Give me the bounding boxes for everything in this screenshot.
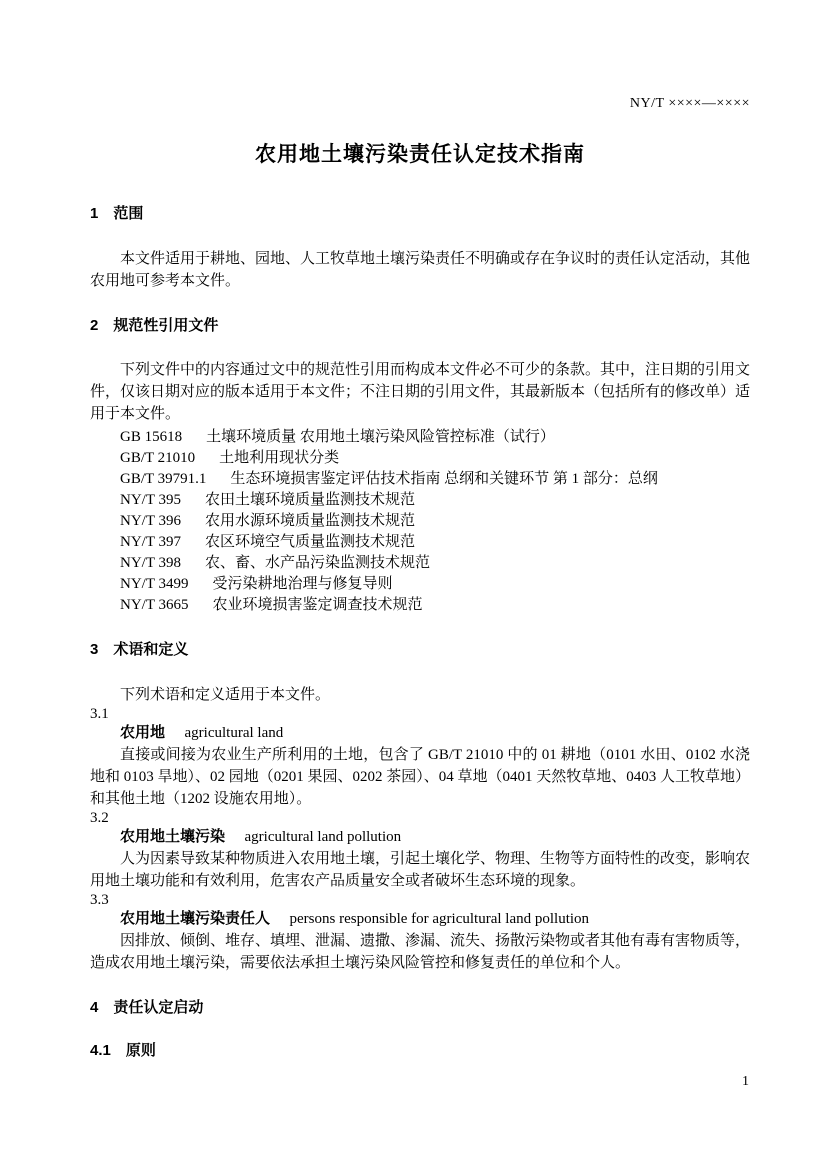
term-number: 3.2 [90, 810, 750, 826]
reference-code: NY/T 396 [120, 513, 181, 529]
document-title: 农用地土壤污染责任认定技术指南 [90, 140, 750, 170]
reference-title: 土地利用现状分类 [219, 450, 339, 466]
section-3-intro: 下列术语和定义适用于本文件。 [90, 684, 750, 706]
reference-title: 农、畜、水产品污染监测技术规范 [205, 555, 430, 571]
reference-code: NY/T 397 [120, 534, 181, 550]
reference-item: GB/T 39791.1生态环境损害鉴定评估技术指南 总纲和关键环节 第 1 部… [90, 469, 750, 490]
document-page: NY/T ××××—×××× 农用地土壤污染责任认定技术指南 1 范围 本文件适… [0, 0, 827, 1169]
reference-title: 土壤环境质量 农用地土壤污染风险管控标准（试行） [206, 429, 555, 445]
term-line: 农用地土壤污染责任人persons responsible for agricu… [90, 908, 750, 930]
section-4-heading: 4 责任认定启动 [90, 997, 750, 1019]
reference-code: NY/T 398 [120, 555, 181, 571]
reference-item: NY/T 398农、畜、水产品污染监测技术规范 [90, 553, 750, 574]
reference-code: NY/T 3665 [120, 597, 188, 613]
term-name-en: persons responsible for agricultural lan… [290, 911, 590, 927]
reference-title: 农区环境空气质量监测技术规范 [205, 534, 415, 550]
section-1-heading: 1 范围 [90, 203, 750, 225]
page-number: 1 [742, 1072, 749, 1092]
reference-item: NY/T 395农田土壤环境质量监测技术规范 [90, 490, 750, 511]
reference-item: NY/T 3665农业环境损害鉴定调查技术规范 [90, 595, 750, 616]
term-block-3-3: 3.3 农用地土壤污染责任人persons responsible for ag… [90, 892, 750, 974]
term-block-3-1: 3.1 农用地agricultural land 直接或间接为农业生产所利用的土… [90, 706, 750, 810]
term-name-en: agricultural land pollution [245, 829, 402, 845]
standard-code: NY/T ××××—×××× [90, 94, 750, 114]
section-1-paragraph: 本文件适用于耕地、园地、人工牧草地土壤污染责任不明确或存在争议时的责任认定活动，… [90, 248, 750, 292]
term-name-zh: 农用地土壤污染 [120, 828, 225, 845]
reference-title: 生态环境损害鉴定评估技术指南 总纲和关键环节 第 1 部分：总纲 [230, 471, 658, 487]
reference-item: GB 15618土壤环境质量 农用地土壤污染风险管控标准（试行） [90, 427, 750, 448]
section-4-1-heading: 4.1 原则 [90, 1040, 750, 1062]
section-2-heading: 2 规范性引用文件 [90, 315, 750, 337]
term-line: 农用地agricultural land [90, 722, 750, 744]
term-name-en: agricultural land [185, 725, 284, 741]
reference-title: 受污染耕地治理与修复导则 [212, 576, 392, 592]
reference-code: GB 15618 [120, 429, 182, 445]
normative-reference-list: GB 15618土壤环境质量 农用地土壤污染风险管控标准（试行） GB/T 21… [90, 427, 750, 616]
term-line: 农用地土壤污染agricultural land pollution [90, 826, 750, 848]
reference-code: GB/T 21010 [120, 450, 195, 466]
term-definition: 人为因素导致某种物质进入农用地土壤，引起土壤化学、物理、生物等方面特性的改变，影… [90, 848, 750, 892]
reference-item: NY/T 3499受污染耕地治理与修复导则 [90, 574, 750, 595]
term-definition: 直接或间接为农业生产所利用的土地，包含了 GB/T 21010 中的 01 耕地… [90, 744, 750, 810]
reference-title: 农田土壤环境质量监测技术规范 [205, 492, 415, 508]
reference-code: NY/T 3499 [120, 576, 188, 592]
reference-code: NY/T 395 [120, 492, 181, 508]
term-number: 3.3 [90, 892, 750, 908]
term-number: 3.1 [90, 706, 750, 722]
reference-item: NY/T 396农用水源环境质量监测技术规范 [90, 511, 750, 532]
term-block-3-2: 3.2 农用地土壤污染agricultural land pollution 人… [90, 810, 750, 892]
section-3-heading: 3 术语和定义 [90, 639, 750, 661]
term-name-zh: 农用地 [120, 724, 165, 741]
reference-title: 农用水源环境质量监测技术规范 [205, 513, 415, 529]
reference-item: GB/T 21010土地利用现状分类 [90, 448, 750, 469]
section-2-paragraph: 下列文件中的内容通过文中的规范性引用而构成本文件必不可少的条款。其中，注日期的引… [90, 359, 750, 425]
term-definition: 因排放、倾倒、堆存、填埋、泄漏、遗撒、渗漏、流失、扬散污染物或者其他有毒有害物质… [90, 930, 750, 974]
reference-title: 农业环境损害鉴定调查技术规范 [212, 597, 422, 613]
reference-item: NY/T 397农区环境空气质量监测技术规范 [90, 532, 750, 553]
term-name-zh: 农用地土壤污染责任人 [120, 910, 270, 927]
reference-code: GB/T 39791.1 [120, 471, 206, 487]
